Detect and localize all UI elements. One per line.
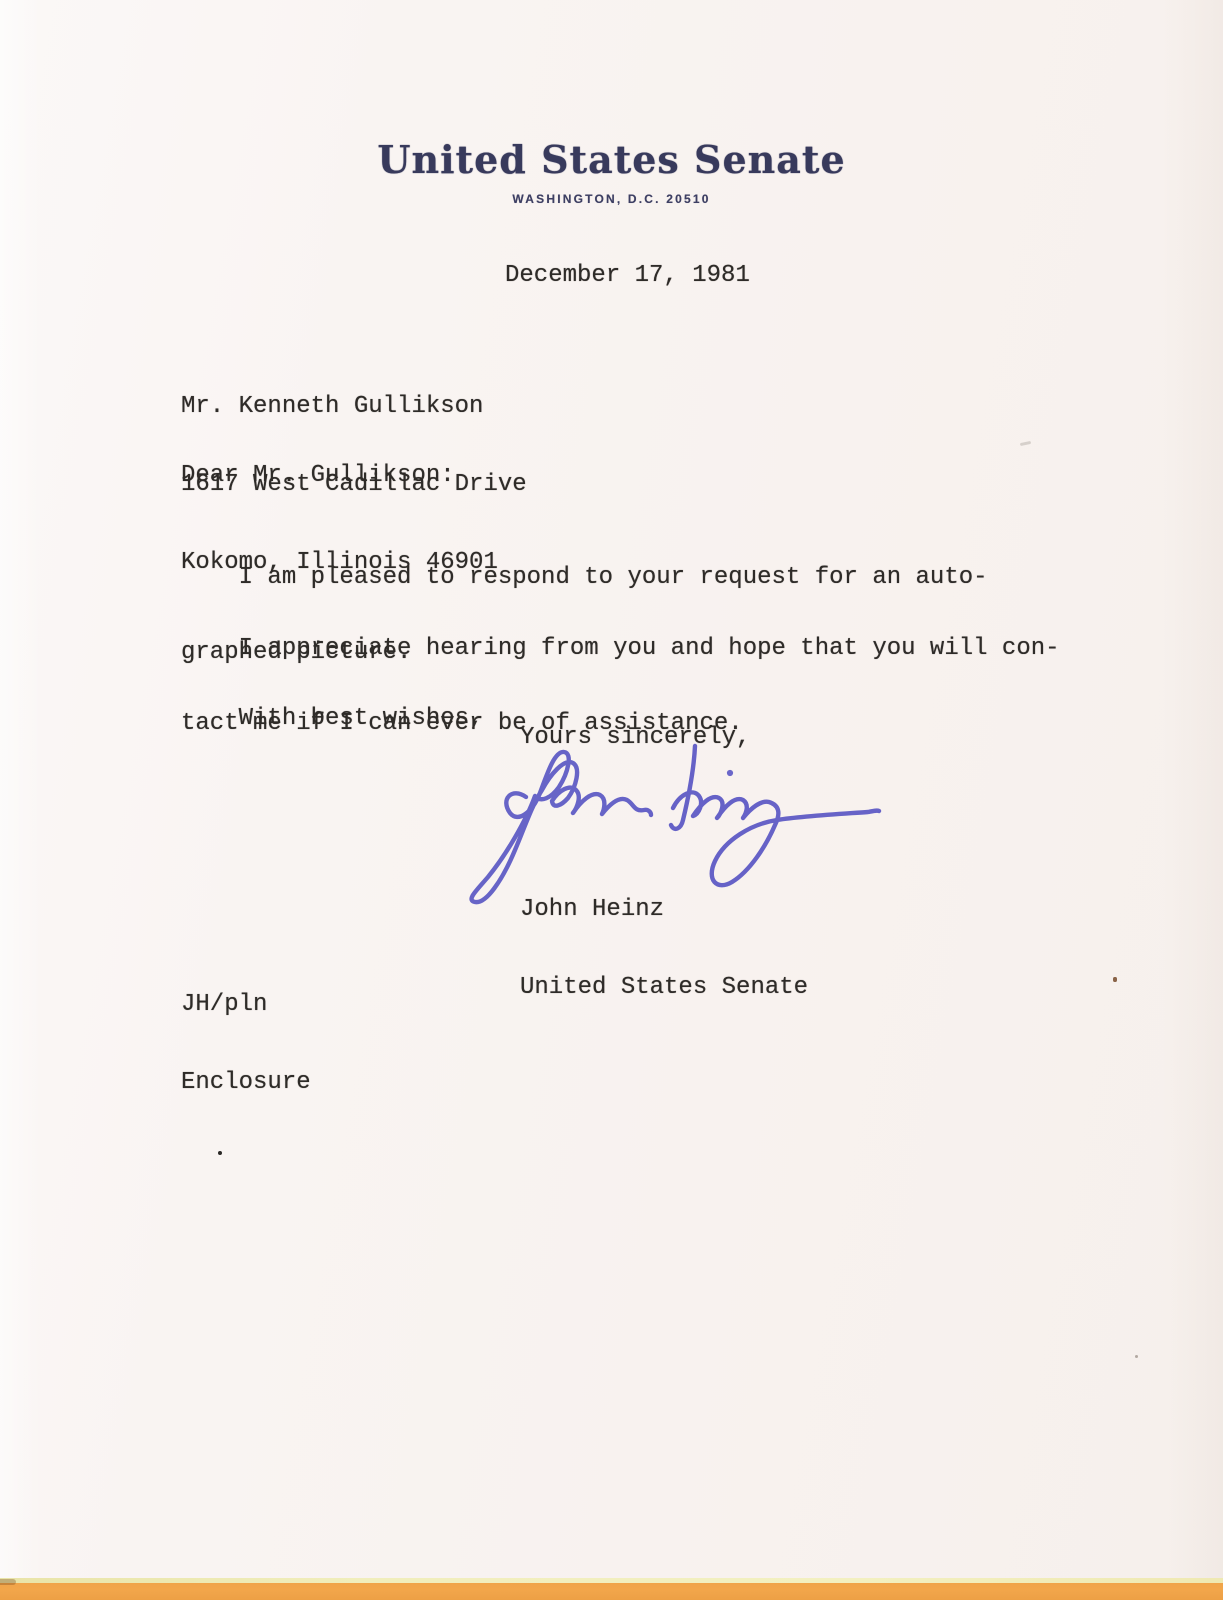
orange-backing <box>0 1583 1223 1600</box>
typed-signer-block: John Heinz United States Senate <box>520 844 808 1054</box>
scan-light-band <box>0 0 42 1600</box>
letterhead: United States Senate WASHINGTON, D.C. 20… <box>0 136 1223 206</box>
scan-backing-strip <box>0 1578 1223 1600</box>
typed-signer-name: John Heinz <box>520 898 808 922</box>
scanned-letter-page: United States Senate WASHINGTON, D.C. 20… <box>0 0 1223 1600</box>
scan-shade-band <box>1163 0 1223 1600</box>
letterhead-title: United States Senate <box>0 136 1223 184</box>
ink-speck <box>218 1151 222 1155</box>
body-line: With best wishes, <box>181 708 483 729</box>
salutation: Dear Mr. Gullikson: <box>181 464 455 488</box>
date-line: December 17, 1981 <box>505 264 750 288</box>
address-line: Mr. Kenneth Gullikson <box>181 395 527 419</box>
paper-speck <box>1113 977 1117 982</box>
signature-i-dot <box>727 770 733 776</box>
faint-smudge <box>1020 441 1031 446</box>
reference-block: JH/pln Enclosure <box>181 939 311 1149</box>
paper-speck <box>1135 1355 1138 1358</box>
letterhead-subtitle: WASHINGTON, D.C. 20510 <box>0 192 1223 206</box>
backing-corner-shadow <box>0 1579 16 1585</box>
reference-initials: JH/pln <box>181 993 311 1017</box>
typed-signer-org: United States Senate <box>520 976 808 1000</box>
body-paragraph-3: With best wishes, <box>181 654 483 783</box>
enclosure-note: Enclosure <box>181 1071 311 1095</box>
